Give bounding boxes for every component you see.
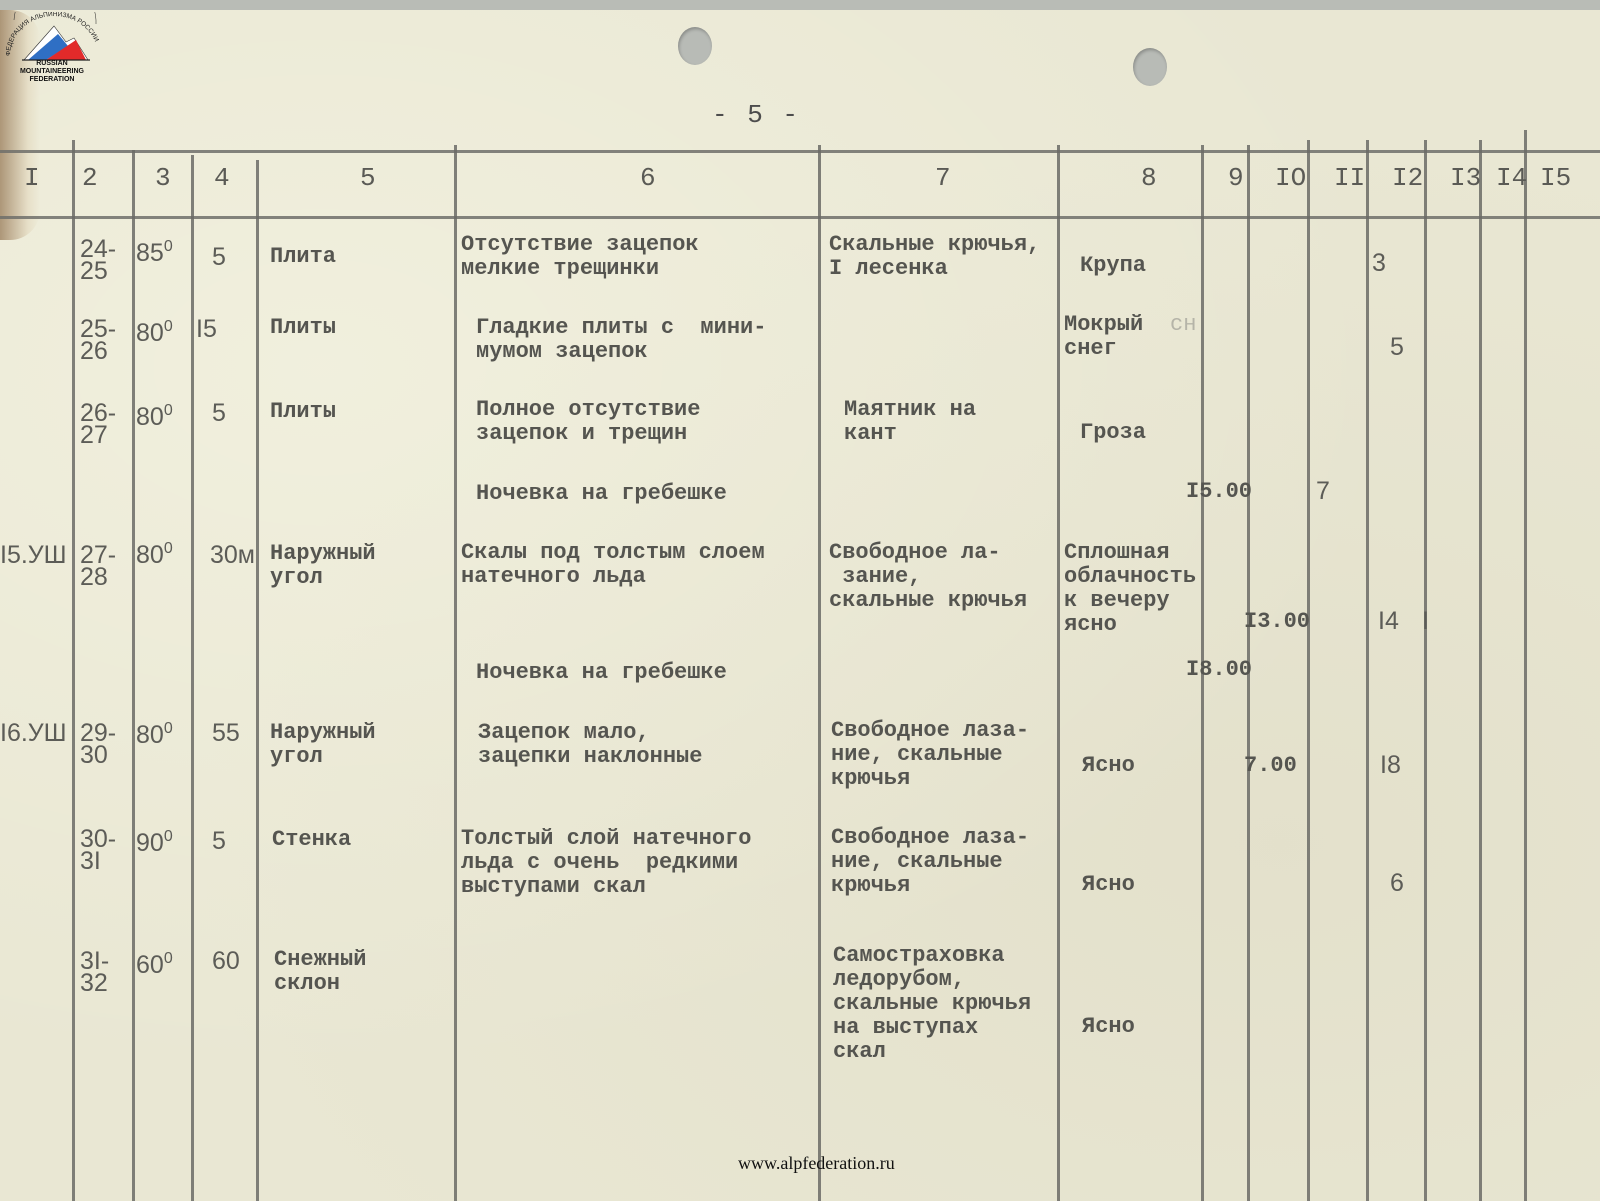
weather-cell: Ясно bbox=[1082, 873, 1135, 897]
col-divider bbox=[256, 160, 259, 1201]
steepness-cell: 600 bbox=[136, 948, 173, 976]
col-header-10: IO bbox=[1275, 166, 1306, 190]
col-header-1: I bbox=[24, 166, 40, 190]
col-divider bbox=[1057, 145, 1060, 1201]
conditions-cell: Гладкие плиты с мини- мумом зацепок bbox=[476, 316, 766, 364]
relief-cell: Снежный склон bbox=[274, 948, 366, 996]
technique-cell: Свободное лаза- ние, скальные крючья bbox=[831, 719, 1029, 791]
steepness-cell: 800 bbox=[136, 718, 173, 746]
col-divider bbox=[72, 140, 75, 1201]
weather-cell: Ясно bbox=[1082, 754, 1135, 778]
federation-logo: ФЕДЕРАЦИЯ АЛЬПИНИЗМА РОССИИ RUSSIAN MOUN… bbox=[6, 12, 102, 90]
section-cell: 26- 27 bbox=[80, 402, 116, 446]
technique-cell: Скальные крючья, I лесенка bbox=[829, 233, 1040, 281]
weather-cell: Крупа bbox=[1080, 254, 1146, 278]
col-divider bbox=[191, 155, 194, 1201]
relief-cell: Плиты bbox=[270, 316, 336, 340]
col-header-8: 8 bbox=[1141, 166, 1157, 190]
col-header-6: 6 bbox=[640, 166, 656, 190]
conditions-cell: Зацепок мало, зацепки наклонные bbox=[478, 721, 702, 769]
col-header-9: 9 bbox=[1228, 166, 1244, 190]
section-cell: 29- 30 bbox=[80, 722, 116, 766]
steepness-cell: 800 bbox=[136, 316, 173, 344]
length-cell: 30м bbox=[210, 544, 255, 566]
col-header-4: 4 bbox=[214, 166, 230, 190]
section-cell: 30- 3I bbox=[80, 828, 116, 872]
conditions-cell: Ночевка на гребешке bbox=[476, 482, 727, 506]
col-header-11: II bbox=[1334, 166, 1365, 190]
col9-cell: I5.00 bbox=[1186, 480, 1252, 504]
weather-cell: Мокрый снег bbox=[1064, 313, 1143, 361]
date-cell: I6.УШ bbox=[0, 722, 67, 744]
weather-cell: Гроза bbox=[1080, 421, 1146, 445]
col-header-7: 7 bbox=[935, 166, 951, 190]
technique-cell: Свободное лаза- ние, скальные крючья bbox=[831, 826, 1029, 898]
logo-line-2: MOUNTAINEERING bbox=[10, 68, 94, 76]
length-cell: 5 bbox=[212, 246, 226, 268]
col-divider bbox=[1366, 140, 1369, 1201]
conditions-cell: Ночевка на гребешке bbox=[476, 661, 727, 685]
length-cell: I5 bbox=[196, 318, 217, 340]
relief-cell: Наружный угол bbox=[270, 542, 376, 590]
footer-url: www.alpfederation.ru bbox=[738, 1153, 895, 1174]
relief-cell: Стенка bbox=[272, 828, 351, 852]
section-cell: 24- 25 bbox=[80, 238, 116, 282]
col-divider bbox=[1524, 130, 1527, 1201]
punch-hole-right bbox=[1133, 48, 1167, 86]
logo-line-3: FEDERATION bbox=[10, 76, 94, 84]
length-cell: 5 bbox=[212, 402, 226, 424]
technique-cell: Самостраховка ледорубом, скальные крючья… bbox=[833, 944, 1031, 1064]
col-header-15: I5 bbox=[1540, 166, 1571, 190]
col-divider bbox=[818, 145, 821, 1201]
date-cell: I5.УШ bbox=[0, 544, 67, 566]
length-cell: 60 bbox=[212, 950, 240, 972]
col12-cell: I8 bbox=[1380, 754, 1401, 776]
col12-cell: 5 bbox=[1390, 336, 1404, 358]
page-number: - 5 - bbox=[712, 100, 800, 130]
col-header-2: 2 bbox=[82, 166, 98, 190]
col-header-13: I3 bbox=[1450, 166, 1481, 190]
technique-cell: Свободное ла- зание, скальные крючья bbox=[829, 541, 1027, 613]
section-cell: 25- 26 bbox=[80, 318, 116, 362]
col-divider bbox=[1424, 140, 1427, 1201]
steepness-cell: 800 bbox=[136, 400, 173, 428]
col-header-12: I2 bbox=[1392, 166, 1423, 190]
table-top-border bbox=[0, 150, 1600, 153]
col-divider bbox=[1479, 140, 1482, 1201]
col13-cell: I bbox=[1422, 610, 1429, 632]
logo-line-1: RUSSIAN bbox=[10, 60, 94, 68]
weather-cell: Ясно bbox=[1082, 1015, 1135, 1039]
col12-cell: I4 bbox=[1378, 610, 1399, 632]
length-cell: 5 bbox=[212, 830, 226, 852]
section-cell: 27- 28 bbox=[80, 544, 116, 588]
col-divider bbox=[1307, 140, 1310, 1201]
steepness-cell: 850 bbox=[136, 236, 173, 264]
conditions-cell: Толстый слой натечного льда с очень редк… bbox=[461, 827, 751, 899]
col-header-5: 5 bbox=[360, 166, 376, 190]
length-cell: 55 bbox=[212, 722, 240, 744]
col-divider bbox=[454, 145, 457, 1201]
conditions-cell: Скалы под толстым слоем натечного льда bbox=[461, 541, 765, 589]
steepness-cell: 900 bbox=[136, 826, 173, 854]
conditions-cell: Отсутствие зацепок мелкие трещинки bbox=[461, 233, 699, 281]
conditions-cell: Полное отсутствие зацепок и трещин bbox=[476, 398, 700, 446]
col-divider bbox=[132, 150, 135, 1201]
col-header-3: 3 bbox=[155, 166, 171, 190]
steepness-cell: 800 bbox=[136, 538, 173, 566]
col11-cell: 7 bbox=[1316, 480, 1330, 502]
col12-cell: 6 bbox=[1390, 872, 1404, 894]
weather-cell: Сплошная облачность к вечеру ясно bbox=[1064, 541, 1196, 637]
header-bottom-border bbox=[0, 216, 1600, 219]
relief-cell: Наружный угол bbox=[270, 721, 376, 769]
technique-cell: Маятник на кант bbox=[844, 398, 976, 446]
section-cell: 3I- 32 bbox=[80, 950, 109, 994]
col10-cell: I3.00 bbox=[1244, 610, 1310, 634]
col10-cell: 7.00 bbox=[1244, 754, 1297, 778]
punch-hole-left bbox=[678, 27, 712, 65]
col-header-14: I4 bbox=[1496, 166, 1527, 190]
relief-cell: Плита bbox=[270, 245, 336, 269]
col9-cell: I8.00 bbox=[1186, 658, 1252, 682]
relief-cell: Плиты bbox=[270, 400, 336, 424]
col12-cell: 3 bbox=[1372, 252, 1386, 274]
struck-text: сн bbox=[1170, 313, 1196, 337]
